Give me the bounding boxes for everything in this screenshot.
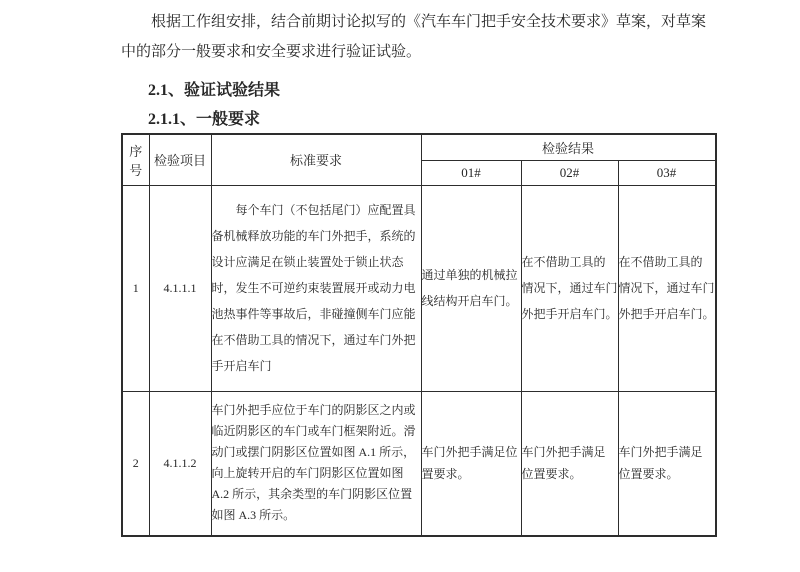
row1-no-cell: 1	[122, 185, 149, 391]
col-header-sample-01: 01#	[421, 160, 521, 185]
row2-item-cell: 4.1.1.2	[149, 391, 211, 536]
col-header-sample-03: 03#	[618, 160, 716, 185]
col-header-requirement: 标准要求	[211, 134, 421, 185]
table-row-2: 2 4.1.1.2 车门外把手应位于车门的阴影区之内或 临近阴影区的车门或车门框…	[122, 391, 716, 536]
col-header-item: 检验项目	[149, 134, 211, 185]
row1-result-03-cell: 在不借助工具的 情况下，通过车门 外把手开启车门。	[618, 185, 716, 391]
row1-item-cell: 4.1.1.1	[149, 185, 211, 391]
subsection-heading: 2.1.1、一般要求	[148, 106, 260, 129]
row2-no-cell: 2	[122, 391, 149, 536]
intro-paragraph: 根据工作组安排，结合前期讨论拟写的《汽车车门把手安全技术要求》草案，对草案 中的…	[121, 7, 721, 67]
col-header-no: 序号	[122, 134, 149, 185]
col-header-sample-02: 02#	[521, 160, 618, 185]
document-page: 根据工作组安排，结合前期讨论拟写的《汽车车门把手安全技术要求》草案，对草案 中的…	[0, 0, 800, 572]
row1-result-02-cell: 在不借助工具的 情况下，通过车门 外把手开启车门。	[521, 185, 618, 391]
row1-result-01-cell: 通过单独的机械拉 线结构开启车门。	[421, 185, 521, 391]
row1-requirement-cell: 每个车门（不包括尾门）应配置具 备机械释放功能的车门外把手，系统的 设计应满足在…	[211, 185, 421, 391]
row2-result-02-cell: 车门外把手满足 位置要求。	[521, 391, 618, 536]
section-heading: 2.1、验证试验结果	[148, 77, 280, 100]
table-header-row-1: 序号 检验项目 标准要求 检验结果	[122, 134, 716, 160]
table-row-1: 1 4.1.1.1 每个车门（不包括尾门）应配置具 备机械释放功能的车门外把手，…	[122, 185, 716, 391]
row2-requirement-cell: 车门外把手应位于车门的阴影区之内或 临近阴影区的车门或车门框架附近。滑 动门或摆…	[211, 391, 421, 536]
row2-result-01-cell: 车门外把手满足位 置要求。	[421, 391, 521, 536]
row2-result-03-cell: 车门外把手满足 位置要求。	[618, 391, 716, 536]
col-header-results-group: 检验结果	[421, 134, 716, 160]
verification-results-table: 序号 检验项目 标准要求 检验结果 01# 02# 03# 1 4.1.1.1 …	[121, 133, 717, 537]
